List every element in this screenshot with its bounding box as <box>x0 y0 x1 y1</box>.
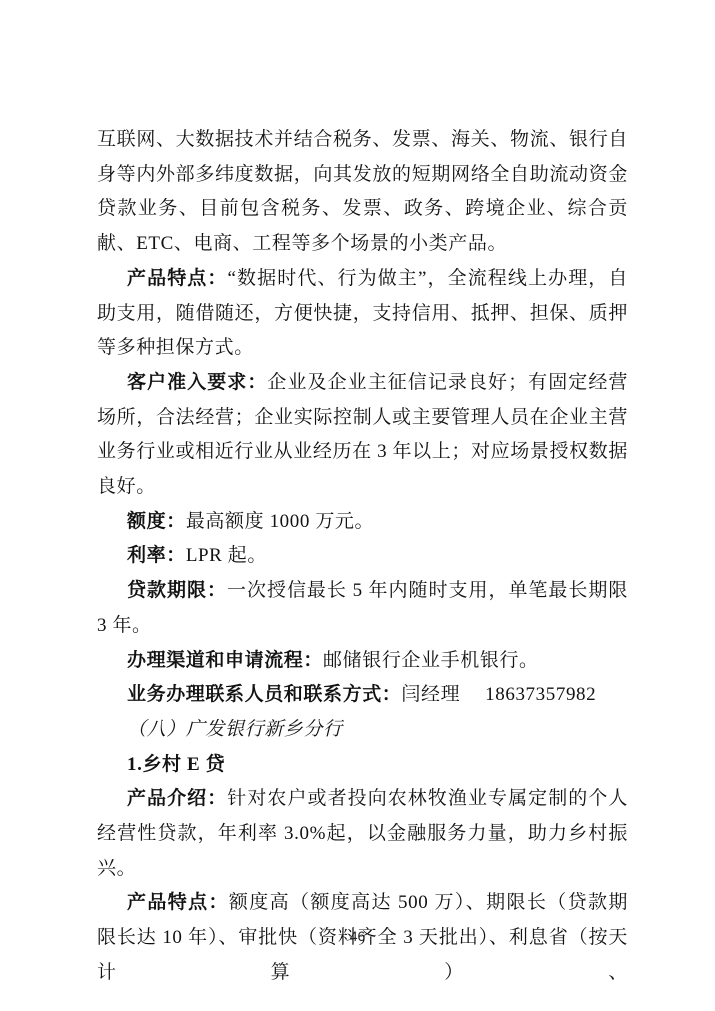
field-label-contact: 业务办理联系人员和联系方式： <box>127 684 401 705</box>
paragraph-text: 最高额度 1000 万元。 <box>186 511 374 532</box>
section-heading-text: （八）广发银行新乡分行 <box>127 719 343 740</box>
product-heading-rural-e-loan: 1.乡村 E 贷 <box>97 748 628 783</box>
paragraph-text: 闫经理 18637357982 <box>401 684 596 705</box>
page-footer: 46 <box>0 928 715 944</box>
field-label-loan-term: 贷款期限： <box>127 580 227 601</box>
field-label-product-features: 产品特点： <box>127 268 228 289</box>
field-label-interest-rate: 利率： <box>127 545 186 566</box>
page-number: 46 <box>350 928 366 944</box>
paragraph-text: LPR 起。 <box>186 545 267 566</box>
paragraph-credit-limit: 额度：最高额度 1000 万元。 <box>97 505 628 540</box>
paragraph-interest-rate: 利率：LPR 起。 <box>97 539 628 574</box>
document-body: 互联网、大数据技术并结合税务、发票、海关、物流、银行自身等内外部多纬度数据，向其… <box>97 123 628 991</box>
field-label-application-channel: 办理渠道和申请流程： <box>127 650 323 671</box>
paragraph-product-features: 产品特点：“数据时代、行为做主”，全流程线上办理，自助支用，随借随还，方便快捷，… <box>97 262 628 366</box>
paragraph-customer-requirements: 客户准入要求：企业及企业主征信记录良好；有固定经营场所，合法经营；企业实际控制人… <box>97 366 628 505</box>
paragraph-text: 邮储银行企业手机银行。 <box>323 650 539 671</box>
field-label-product-features-2: 产品特点： <box>127 892 229 913</box>
paragraph-text: 互联网、大数据技术并结合税务、发票、海关、物流、银行自身等内外部多纬度数据，向其… <box>97 129 628 254</box>
section-heading-bank-branch: （八）广发银行新乡分行 <box>97 713 628 748</box>
product-heading-text: 1.乡村 E 贷 <box>127 754 225 775</box>
field-label-credit-limit: 额度： <box>127 511 186 532</box>
paragraph-loan-term: 贷款期限：一次授信最长 5 年内随时支用，单笔最长期限 3 年。 <box>97 574 628 643</box>
paragraph-contact: 业务办理联系人员和联系方式：闫经理 18637357982 <box>97 678 628 713</box>
paragraph-intro-continued: 互联网、大数据技术并结合税务、发票、海关、物流、银行自身等内外部多纬度数据，向其… <box>97 123 628 262</box>
field-label-customer-requirements: 客户准入要求： <box>127 372 267 393</box>
document-page: 互联网、大数据技术并结合税务、发票、海关、物流、银行自身等内外部多纬度数据，向其… <box>0 0 715 1011</box>
field-label-product-intro: 产品介绍： <box>127 788 227 809</box>
paragraph-application-channel: 办理渠道和申请流程：邮储银行企业手机银行。 <box>97 644 628 679</box>
paragraph-product-intro: 产品介绍：针对农户或者投向农林牧渔业专属定制的个人经营性贷款，年利率 3.0%起… <box>97 782 628 886</box>
